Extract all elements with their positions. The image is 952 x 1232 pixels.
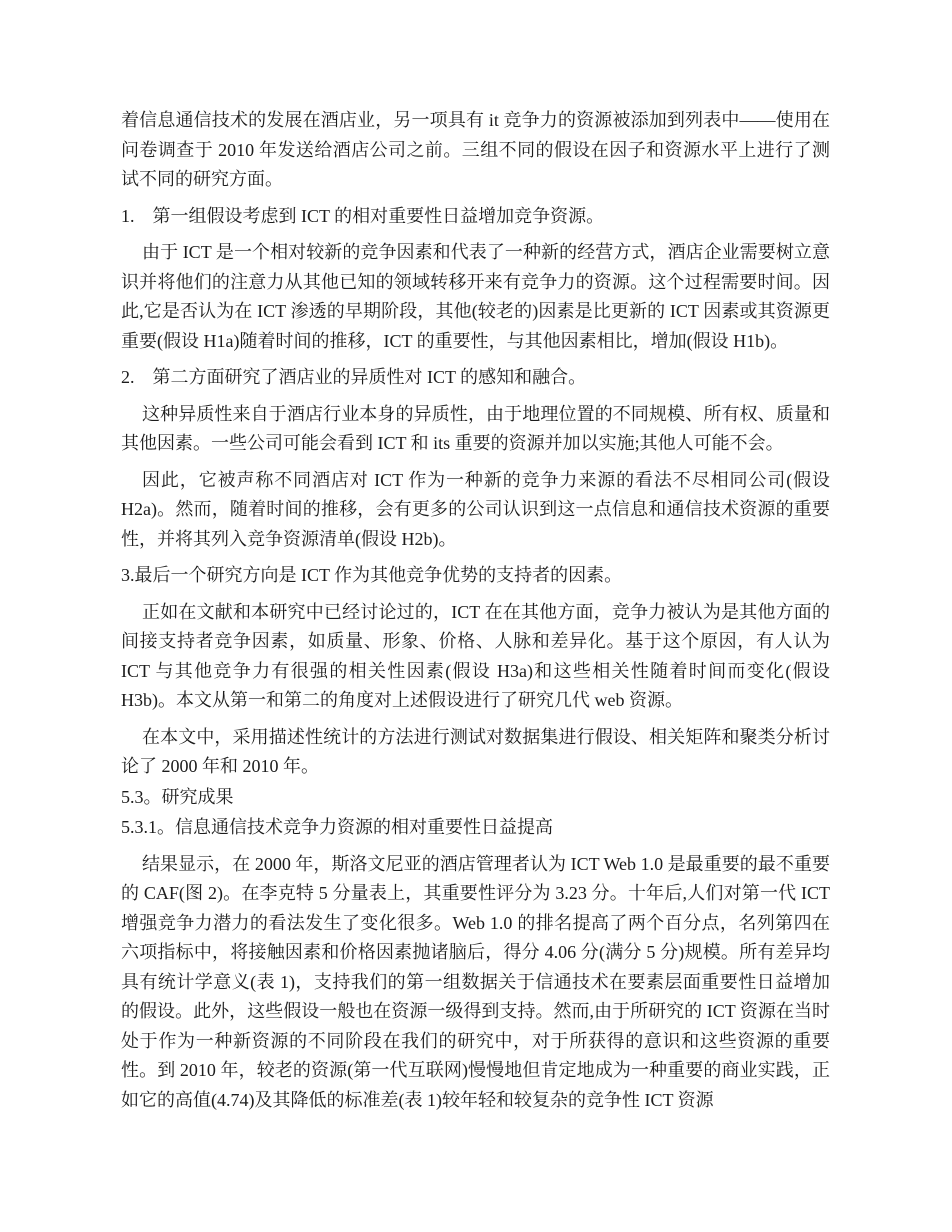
heterogeneity-paragraph: 这种异质性来自于酒店行业本身的异质性，由于地理位置的不同规模、所有权、质量和其他… <box>121 400 830 459</box>
results-paragraph: 结果显示，在 2000 年，斯洛文尼亚的酒店管理者认为 ICT Web 1.0 … <box>121 850 830 1116</box>
numbered-item-3: 3.最后一个研究方向是 ICT 作为其他竞争优势的支持者的因素。 <box>121 561 830 591</box>
subsection-heading-5-3-1: 5.3.1。信息通信技术竞争力资源的相对重要性日益提高 <box>121 813 830 843</box>
section-heading-5-3: 5.3。研究成果 <box>121 783 830 813</box>
intro-paragraph: 着信息通信技术的发展在酒店业，另一项具有 it 竞争力的资源被添加到列表中——使… <box>121 106 830 195</box>
methods-paragraph: 在本文中，采用描述性统计的方法进行测试对数据集进行假设、相关矩阵和聚类分析讨论了… <box>121 723 830 782</box>
hypothesis-h2-paragraph: 因此，它被声称不同酒店对 ICT 作为一种新的竞争力来源的看法不尽相同公司(假设… <box>121 466 830 555</box>
numbered-item-1: 1. 第一组假设考虑到 ICT 的相对重要性日益增加竞争资源。 <box>121 202 830 232</box>
numbered-item-2: 2. 第二方面研究了酒店业的异质性对 ICT 的感知和融合。 <box>121 363 830 393</box>
document-text-column: 着信息通信技术的发展在酒店业，另一项具有 it 竞争力的资源被添加到列表中——使… <box>121 106 830 1122</box>
document-page: 着信息通信技术的发展在酒店业，另一项具有 it 竞争力的资源被添加到列表中——使… <box>0 0 952 1232</box>
hypothesis-h3-paragraph: 正如在文献和本研究中已经讨论过的，ICT 在在其他方面，竞争力被认为是其他方面的… <box>121 598 830 716</box>
hypothesis-h1-paragraph: 由于 ICT 是一个相对较新的竞争因素和代表了一种新的经营方式，酒店企业需要树立… <box>121 238 830 356</box>
